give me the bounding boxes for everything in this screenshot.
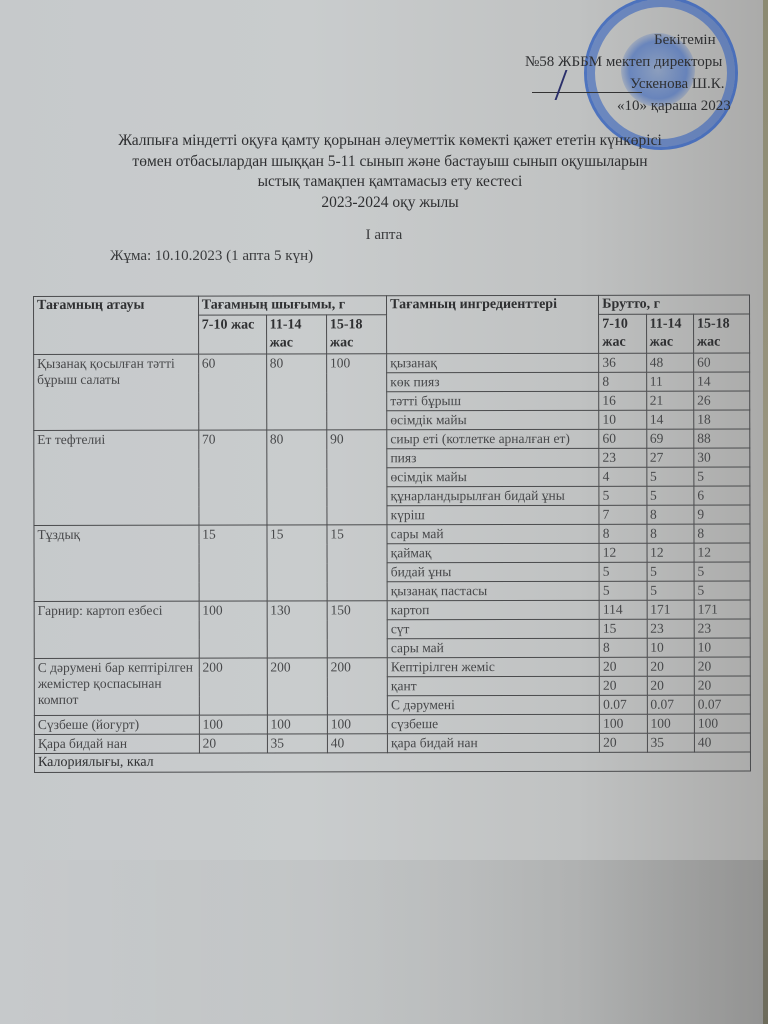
dish-name-cell: Тұздық bbox=[34, 525, 199, 601]
dish-yield-cell: 80 bbox=[266, 430, 326, 525]
dish-yield-cell: 20 bbox=[199, 734, 267, 753]
ingredient-name-cell: қант bbox=[387, 676, 599, 695]
ingredient-brutto-cell: 5 bbox=[646, 486, 693, 505]
header-yield: Тағамның шығымы, г bbox=[198, 296, 386, 315]
ingredient-brutto-cell: 5 bbox=[599, 486, 646, 505]
table-row: Сүзбеше (йогурт)100100100сүзбеше10010010… bbox=[34, 714, 750, 734]
dish-yield-cell: 70 bbox=[199, 430, 267, 525]
ingredient-name-cell: бидай ұны bbox=[387, 562, 599, 581]
day-date-label: Жұма: 10.10.2023 (1 апта 5 күн) bbox=[110, 248, 313, 265]
dish-yield-cell: 100 bbox=[199, 601, 267, 658]
approval-heading: Бекітемін bbox=[654, 32, 716, 49]
ingredient-brutto-cell: 100 bbox=[600, 714, 647, 733]
dish-yield-cell: 60 bbox=[198, 354, 266, 430]
ingredient-name-cell: сүзбеше bbox=[387, 714, 599, 733]
ingredient-brutto-cell: 10 bbox=[647, 638, 694, 657]
ingredient-brutto-cell: 5 bbox=[647, 581, 694, 600]
ingredient-name-cell: сары май bbox=[387, 524, 599, 543]
dish-yield-cell: 15 bbox=[267, 525, 327, 601]
header-brutto-age-15-18: 15-18 жас bbox=[693, 314, 749, 353]
header-yield-age-11-14: 11-14 жас bbox=[266, 315, 326, 354]
ingredient-brutto-cell: 9 bbox=[694, 505, 750, 524]
ingredient-brutto-cell: 88 bbox=[694, 429, 750, 448]
ingredient-name-cell: құнарландырылған бидай ұны bbox=[387, 486, 599, 505]
ingredient-brutto-cell: 5 bbox=[599, 581, 646, 600]
dish-name-cell: С дәрумені бар кептірілген жемістер қосп… bbox=[34, 658, 199, 715]
dish-name-cell: Гарнир: картоп езбесі bbox=[34, 601, 199, 658]
ingredient-brutto-cell: 8 bbox=[694, 524, 750, 543]
dish-yield-cell: 200 bbox=[199, 658, 267, 715]
ingredient-brutto-cell: 171 bbox=[694, 600, 750, 619]
dish-name-cell: Қара бидай нан bbox=[34, 734, 199, 753]
ingredient-brutto-cell: 10 bbox=[694, 638, 750, 657]
ingredient-brutto-cell: 20 bbox=[647, 676, 694, 695]
approval-block: Бекітемін №58 ЖББМ мектеп директоры Уске… bbox=[520, 30, 730, 120]
ingredient-brutto-cell: 20 bbox=[694, 657, 750, 676]
ingredient-brutto-cell: 30 bbox=[694, 448, 750, 467]
ingredient-brutto-cell: 5 bbox=[599, 562, 646, 581]
ingredient-brutto-cell: 27 bbox=[646, 448, 693, 467]
ingredient-name-cell: қызанақ пастасы bbox=[387, 581, 599, 600]
ingredient-brutto-cell: 35 bbox=[647, 733, 694, 752]
ingredient-brutto-cell: 8 bbox=[599, 524, 646, 543]
table-row: Қызанақ қосылған тәтті бұрыш салаты60801… bbox=[34, 353, 750, 373]
approval-signer: Ускенова Ш.К. bbox=[630, 76, 725, 93]
dish-name-cell: Сүзбеше (йогурт) bbox=[34, 715, 199, 734]
ingredient-brutto-cell: 7 bbox=[599, 505, 646, 524]
ingredient-brutto-cell: 36 bbox=[599, 353, 646, 372]
ingredient-brutto-cell: 8 bbox=[647, 505, 694, 524]
dish-yield-cell: 100 bbox=[327, 715, 387, 734]
header-ingredients: Тағамның ингредиенттері bbox=[387, 295, 599, 353]
dish-yield-cell: 15 bbox=[199, 525, 267, 601]
document-title: Жалпыға міндетті оқуға қамту қорынан әле… bbox=[100, 131, 680, 213]
header-brutto-age-7-10: 7-10 жас bbox=[599, 314, 646, 353]
ingredient-name-cell: өсімдік майы bbox=[387, 410, 599, 429]
title-line-3: ыстық тамақпен қамтамасыз ету кестесі bbox=[100, 172, 680, 193]
ingredient-name-cell: сүт bbox=[387, 619, 599, 638]
ingredient-name-cell: сары май bbox=[387, 638, 599, 657]
ingredient-brutto-cell: 23 bbox=[694, 619, 750, 638]
title-line-2: төмен отбасылардан шыққан 5-11 сынып жән… bbox=[100, 152, 680, 173]
ingredient-brutto-cell: 15 bbox=[599, 619, 646, 638]
menu-table-body: Қызанақ қосылған тәтті бұрыш салаты60801… bbox=[34, 353, 751, 753]
ingredient-name-cell: көк пияз bbox=[387, 372, 599, 391]
ingredient-name-cell: Кептірілген жеміс bbox=[387, 657, 599, 676]
dish-yield-cell: 80 bbox=[266, 354, 326, 430]
ingredient-brutto-cell: 20 bbox=[600, 676, 647, 695]
ingredient-brutto-cell: 12 bbox=[694, 543, 750, 562]
table-row: Гарнир: картоп езбесі100130150картоп1141… bbox=[34, 600, 750, 620]
ingredient-brutto-cell: 20 bbox=[694, 676, 750, 695]
approval-date: «10» қараша 2023 bbox=[617, 98, 731, 115]
ingredient-brutto-cell: 114 bbox=[599, 600, 646, 619]
table-row: Қара бидай нан203540қара бидай нан203540 bbox=[34, 733, 750, 753]
title-line-4: 2023-2024 оқу жылы bbox=[100, 193, 680, 214]
ingredient-brutto-cell: 11 bbox=[646, 372, 693, 391]
dish-name-cell: Қызанақ қосылған тәтті бұрыш салаты bbox=[34, 354, 199, 430]
ingredient-brutto-cell: 5 bbox=[647, 562, 694, 581]
dish-yield-cell: 130 bbox=[267, 601, 327, 658]
ingredient-brutto-cell: 18 bbox=[694, 410, 750, 429]
ingredient-name-cell: күріш bbox=[387, 505, 599, 524]
ingredient-brutto-cell: 60 bbox=[694, 353, 750, 372]
ingredient-name-cell: қара бидай нан bbox=[388, 733, 600, 752]
dish-yield-cell: 40 bbox=[327, 734, 387, 753]
ingredient-brutto-cell: 6 bbox=[694, 486, 750, 505]
header-yield-age-15-18: 15-18 жас bbox=[326, 315, 386, 354]
header-yield-age-7-10: 7-10 жас bbox=[198, 315, 266, 354]
dish-yield-cell: 200 bbox=[327, 658, 387, 715]
dish-yield-cell: 150 bbox=[327, 601, 387, 658]
week-label: I апта bbox=[0, 227, 768, 244]
ingredient-brutto-cell: 100 bbox=[647, 714, 694, 733]
ingredient-brutto-cell: 0.07 bbox=[600, 695, 647, 714]
calorie-label: Калориялығы, ккал bbox=[34, 752, 750, 772]
title-line-1: Жалпыға міндетті оқуға қамту қорынан әле… bbox=[100, 131, 680, 152]
ingredient-brutto-cell: 100 bbox=[694, 714, 750, 733]
ingredient-brutto-cell: 20 bbox=[647, 657, 694, 676]
dish-name-cell: Ет тефтелиі bbox=[34, 430, 199, 525]
table-row: С дәрумені бар кептірілген жемістер қосп… bbox=[34, 657, 750, 677]
ingredient-brutto-cell: 14 bbox=[694, 372, 750, 391]
table-row: Тұздық151515сары май888 bbox=[34, 524, 750, 544]
ingredient-brutto-cell: 60 bbox=[599, 429, 646, 448]
ingredient-brutto-cell: 8 bbox=[599, 638, 646, 657]
ingredient-name-cell: өсімдік майы bbox=[387, 467, 599, 486]
official-stamp-icon bbox=[584, 0, 738, 150]
ingredient-brutto-cell: 171 bbox=[647, 600, 694, 619]
menu-table: Тағамның атауы Тағамның шығымы, г Тағамн… bbox=[33, 294, 751, 773]
dish-yield-cell: 100 bbox=[267, 715, 327, 734]
ingredient-brutto-cell: 23 bbox=[647, 619, 694, 638]
header-dish-name: Тағамның атауы bbox=[34, 296, 199, 354]
ingredient-brutto-cell: 23 bbox=[599, 448, 646, 467]
ingredient-brutto-cell: 20 bbox=[600, 733, 647, 752]
dish-yield-cell: 100 bbox=[326, 354, 386, 430]
ingredient-brutto-cell: 40 bbox=[694, 733, 750, 752]
header-brutto-age-11-14: 11-14 жас bbox=[646, 314, 693, 353]
ingredient-brutto-cell: 20 bbox=[599, 657, 646, 676]
ingredient-brutto-cell: 12 bbox=[599, 543, 646, 562]
ingredient-brutto-cell: 0.07 bbox=[694, 695, 750, 714]
ingredient-name-cell: қызанақ bbox=[387, 353, 599, 372]
ingredient-brutto-cell: 69 bbox=[646, 429, 693, 448]
ingredient-brutto-cell: 8 bbox=[599, 372, 646, 391]
ingredient-brutto-cell: 0.07 bbox=[647, 695, 694, 714]
ingredient-brutto-cell: 5 bbox=[694, 467, 750, 486]
ingredient-brutto-cell: 21 bbox=[646, 391, 693, 410]
ingredient-name-cell: қаймақ bbox=[387, 543, 599, 562]
header-row: Тағамның атауы Тағамның шығымы, г Тағамн… bbox=[34, 295, 750, 315]
table-row: Ет тефтелиі708090сиыр еті (котлетке арна… bbox=[34, 429, 750, 449]
dish-yield-cell: 200 bbox=[267, 658, 327, 715]
dish-yield-cell: 100 bbox=[199, 715, 267, 734]
ingredient-brutto-cell: 8 bbox=[647, 524, 694, 543]
header-brutto: Брутто, г bbox=[599, 295, 750, 314]
page-shadow bbox=[0, 860, 768, 1024]
ingredient-brutto-cell: 26 bbox=[694, 391, 750, 410]
ingredient-brutto-cell: 12 bbox=[647, 543, 694, 562]
ingredient-brutto-cell: 5 bbox=[646, 467, 693, 486]
dish-yield-cell: 35 bbox=[267, 734, 327, 753]
ingredient-name-cell: картоп bbox=[387, 600, 599, 619]
ingredient-brutto-cell: 10 bbox=[599, 410, 646, 429]
ingredient-brutto-cell: 5 bbox=[694, 581, 750, 600]
dish-yield-cell: 15 bbox=[327, 525, 387, 601]
ingredient-brutto-cell: 14 bbox=[646, 410, 693, 429]
ingredient-name-cell: С дәрумені bbox=[387, 695, 599, 714]
ingredient-name-cell: сиыр еті (котлетке арналған ет) bbox=[387, 429, 599, 448]
ingredient-name-cell: пияз bbox=[387, 448, 599, 467]
dish-yield-cell: 90 bbox=[327, 430, 387, 525]
ingredient-brutto-cell: 16 bbox=[599, 391, 646, 410]
ingredient-brutto-cell: 48 bbox=[646, 353, 693, 372]
ingredient-brutto-cell: 5 bbox=[694, 562, 750, 581]
approval-position: №58 ЖББМ мектеп директоры bbox=[525, 54, 722, 71]
ingredient-brutto-cell: 4 bbox=[599, 467, 646, 486]
ingredient-name-cell: тәтті бұрыш bbox=[387, 391, 599, 410]
calorie-row: Калориялығы, ккал bbox=[34, 752, 750, 772]
